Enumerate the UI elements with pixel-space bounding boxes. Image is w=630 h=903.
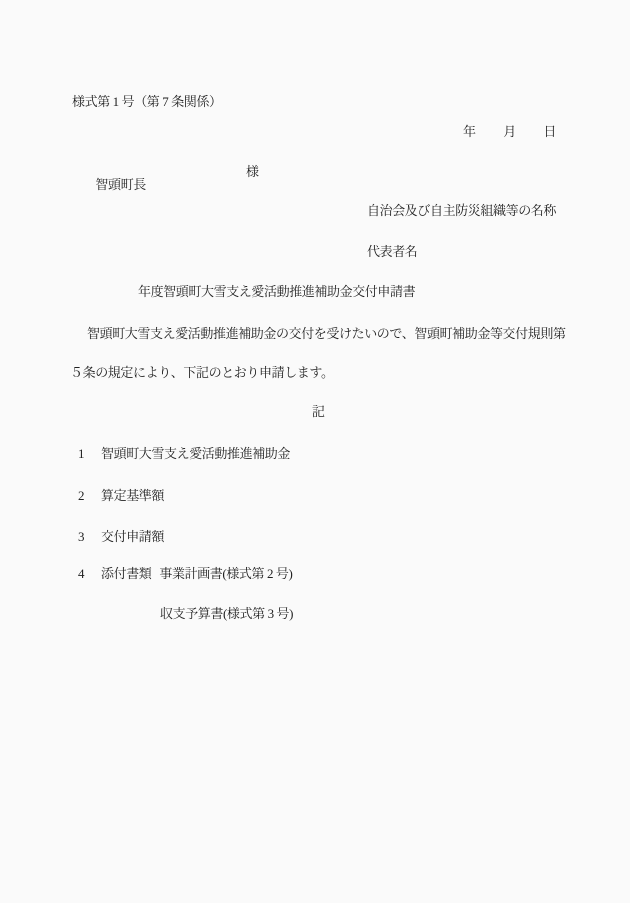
date-month-label: 月 bbox=[503, 125, 516, 138]
item-3-number: 3 bbox=[78, 530, 101, 543]
addressee-line: 智頭町長 様 bbox=[84, 165, 146, 217]
item-2-number: 2 bbox=[78, 489, 101, 502]
org-name-label: 自治会及び自主防災組織等の名称 bbox=[367, 204, 556, 217]
item-2-label: 算定基準額 bbox=[101, 489, 164, 502]
addressee-title: 智頭町長 bbox=[95, 177, 145, 192]
item-1-number: 1 bbox=[78, 447, 101, 460]
list-item-4: 4 添付書類 事業計画書(様式第 2 号) bbox=[78, 567, 292, 580]
attachment-1: 事業計画書(様式第 2 号) bbox=[159, 567, 292, 580]
item-1-label: 智頭町大雪支え愛活動推進補助金 bbox=[101, 447, 290, 460]
document-title: 年度智頭町大雪支え愛活動推進補助金交付申請書 bbox=[138, 285, 415, 298]
date-year-label: 年 bbox=[463, 125, 476, 138]
representative-label: 代表者名 bbox=[367, 245, 417, 258]
item-4-label: 添付書類 bbox=[101, 567, 151, 580]
item-3-label: 交付申請額 bbox=[101, 530, 164, 543]
list-item-1: 1 智頭町大雪支え愛活動推進補助金 bbox=[78, 447, 290, 460]
document-page: 様式第 1 号（第 7 条関係） 年 月 日 智頭町長 様 自治会及び自主防災組… bbox=[0, 0, 630, 903]
form-number: 様式第 1 号（第 7 条関係） bbox=[72, 95, 222, 108]
body-paragraph-line2: ５条の規定により、下記のとおり申請します。 bbox=[70, 366, 334, 379]
addressee-honorific: 様 bbox=[246, 165, 259, 178]
list-item-2: 2 算定基準額 bbox=[78, 489, 164, 502]
date-line: 年 月 日 bbox=[463, 125, 556, 138]
body-paragraph-line1: 智頭町大雪支え愛活動推進補助金の交付を受けたいので、智頭町補助金等交付規則第 bbox=[87, 327, 566, 340]
list-item-3: 3 交付申請額 bbox=[78, 530, 164, 543]
record-marker: 記 bbox=[312, 405, 325, 418]
item-4-number: 4 bbox=[78, 567, 101, 580]
date-day-label: 日 bbox=[543, 125, 556, 138]
attachment-2: 収支予算書(様式第 3 号) bbox=[160, 607, 293, 620]
